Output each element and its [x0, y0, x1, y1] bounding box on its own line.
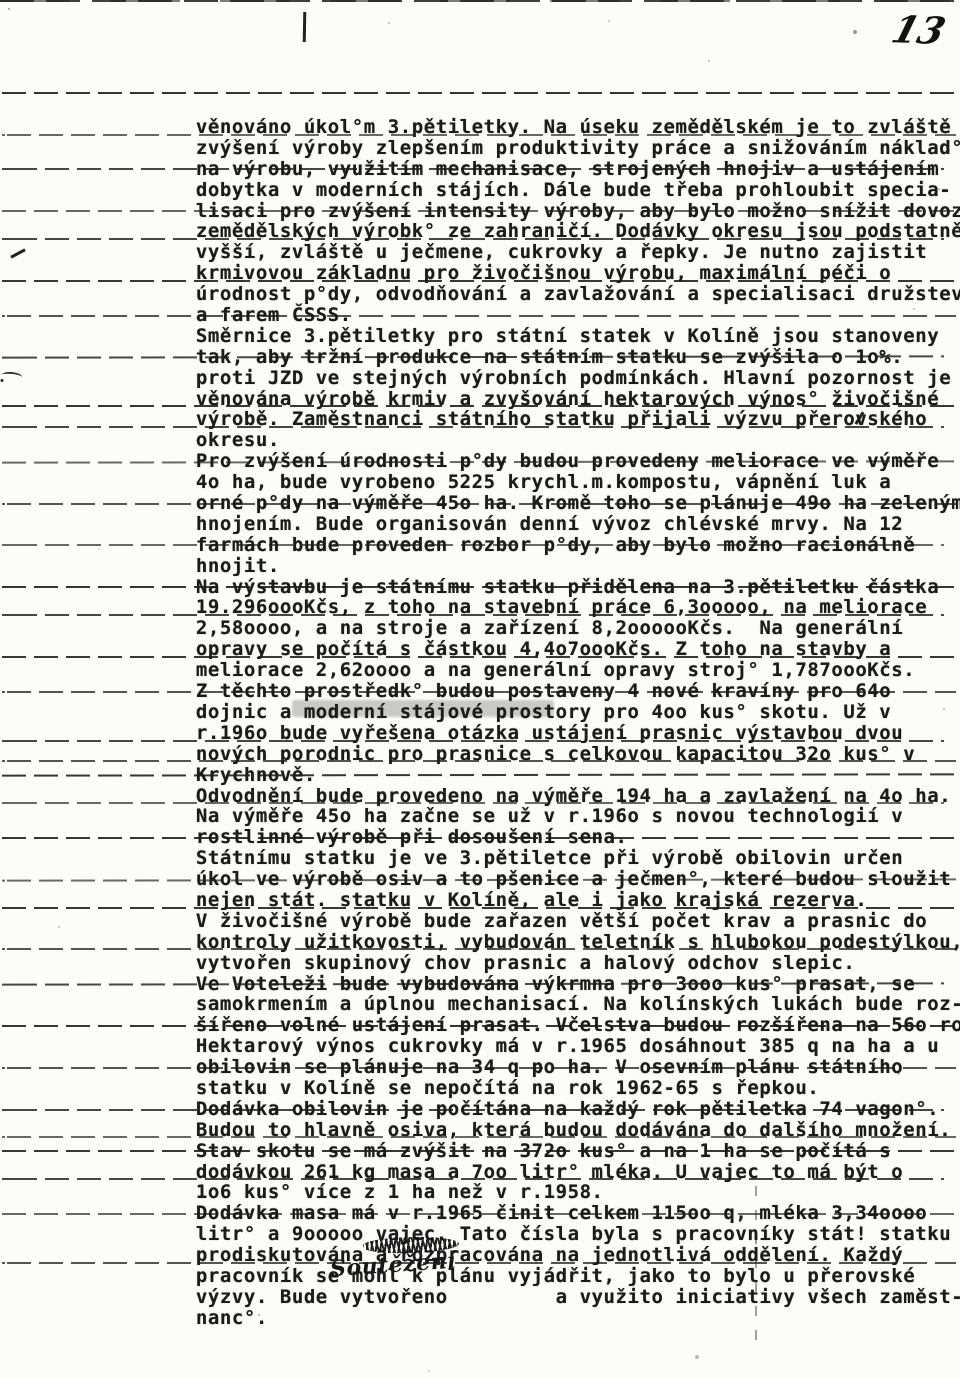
- pen-underline: [2, 1109, 944, 1111]
- pen-rule-bottom-2: [0, 0, 960, 2]
- typed-text-block: věnováno úkol°m 3.pětiletky. Na úseku ze…: [0, 72, 960, 1284]
- pen-underline: [2, 280, 956, 282]
- pen-underline: [2, 1150, 956, 1152]
- typed-line-text: pracovník se mohl k plánu vyjádřit, jako…: [196, 1266, 915, 1287]
- fold-tick-mark: [303, 12, 306, 42]
- pen-underline: [2, 134, 956, 136]
- typed-line-text: vyšší, zvláště u ječmene, cukrovky a řep…: [196, 242, 927, 263]
- typed-line-text: 2,58oooo, a na stroje a zařízení 8,2oooo…: [196, 618, 903, 639]
- pen-underline: [2, 740, 944, 742]
- photocopy-speckles: [8, 8, 10, 10]
- typed-line-text: 1o6 kus° více z 1 ha než v r.1958.: [196, 1182, 604, 1203]
- pen-underline: [2, 1025, 956, 1027]
- pen-underline: [2, 544, 944, 546]
- pen-underline: [2, 503, 956, 505]
- pen-underline: [2, 691, 956, 693]
- scanned-document-page: 13 věnováno úkol°m 3.pětiletky. Na úseku…: [0, 0, 960, 1378]
- pen-underline: [2, 405, 956, 407]
- typed-line-text: 4o ha, bude vyrobeno 5225 krychl.m.kompo…: [196, 472, 891, 493]
- pen-underline: [2, 907, 956, 909]
- pen-underline: [2, 1213, 956, 1215]
- pen-underline: [2, 837, 956, 839]
- typed-line-text: litr° a 9ooooo vajec. Tato čísla byla s …: [196, 1224, 951, 1245]
- pen-underline: [2, 1262, 956, 1264]
- typed-line-text: Na výměře 45o ha začne se už v r.196o s …: [196, 806, 903, 827]
- typed-line: věnováno úkol°m 3.pětiletky. Na úseku ze…: [0, 72, 960, 93]
- typed-line-text: hnojením. Bude organisován denní vývoz c…: [196, 514, 903, 535]
- typed-line-text: úrodnost p°dy, odvodňování a zavlažování…: [196, 284, 960, 305]
- typed-line-text: nanc°.: [196, 1308, 268, 1329]
- typed-line-text: statku v Kolíně se nepočítá na rok 1962-…: [196, 1078, 819, 1099]
- typed-line-text: proti JZD ve stejných výrobních podmínká…: [196, 368, 951, 389]
- pen-underline: [2, 1067, 956, 1069]
- typed-line-text: dobytka v moderních stájích. Dále bude t…: [196, 180, 951, 201]
- typed-line-text: Směrnice 3.pětiletky pro státní statek v…: [196, 326, 939, 347]
- pen-underline: [2, 948, 956, 950]
- pen-underline: [2, 760, 956, 762]
- handwritten-page-number: 13: [887, 7, 951, 53]
- pen-underline: [2, 774, 956, 777]
- pen-underline: [2, 426, 944, 428]
- pen-underline: [2, 1136, 956, 1138]
- pen-underline: [2, 802, 944, 804]
- pen-underline: [2, 614, 944, 616]
- typed-line-text: výzvy. Bude vytvořeno a využito iniciati…: [196, 1287, 960, 1308]
- pen-underline: [2, 238, 944, 240]
- pen-underline: [2, 315, 956, 317]
- typed-line-text: samokrmením a úplnou mechanisací. Na kol…: [196, 994, 960, 1015]
- typed-line-text: Státnímu statku je ve 3.pětiletce při vý…: [196, 848, 903, 869]
- typed-line-text: meliorace 2,62oooo a na generální opravy…: [196, 660, 915, 681]
- typed-line-text: V živočišné výrobě bude zařazen větší po…: [196, 911, 927, 932]
- pen-underline: [2, 210, 956, 212]
- pen-underline: [2, 92, 956, 94]
- typed-line-text: vytvořen skupinový chov prasnic a halový…: [196, 953, 855, 974]
- typed-line-text: zvýšení výroby zlepšením produktivity pr…: [196, 138, 960, 159]
- pen-underline: [2, 1178, 944, 1180]
- pen-underline: [2, 656, 956, 658]
- typed-line: zvýšení výroby zlepšením produktivity pr…: [0, 93, 960, 114]
- pen-underline: [2, 168, 944, 170]
- typed-line-text: hnojit.: [196, 556, 280, 577]
- pen-underline: [2, 586, 956, 588]
- typed-line-text: okresu.: [196, 430, 280, 451]
- typed-line-text: Hektarový výnos cukrovky má v r.1965 dos…: [196, 1036, 939, 1057]
- overtyped-smudge: [292, 700, 554, 717]
